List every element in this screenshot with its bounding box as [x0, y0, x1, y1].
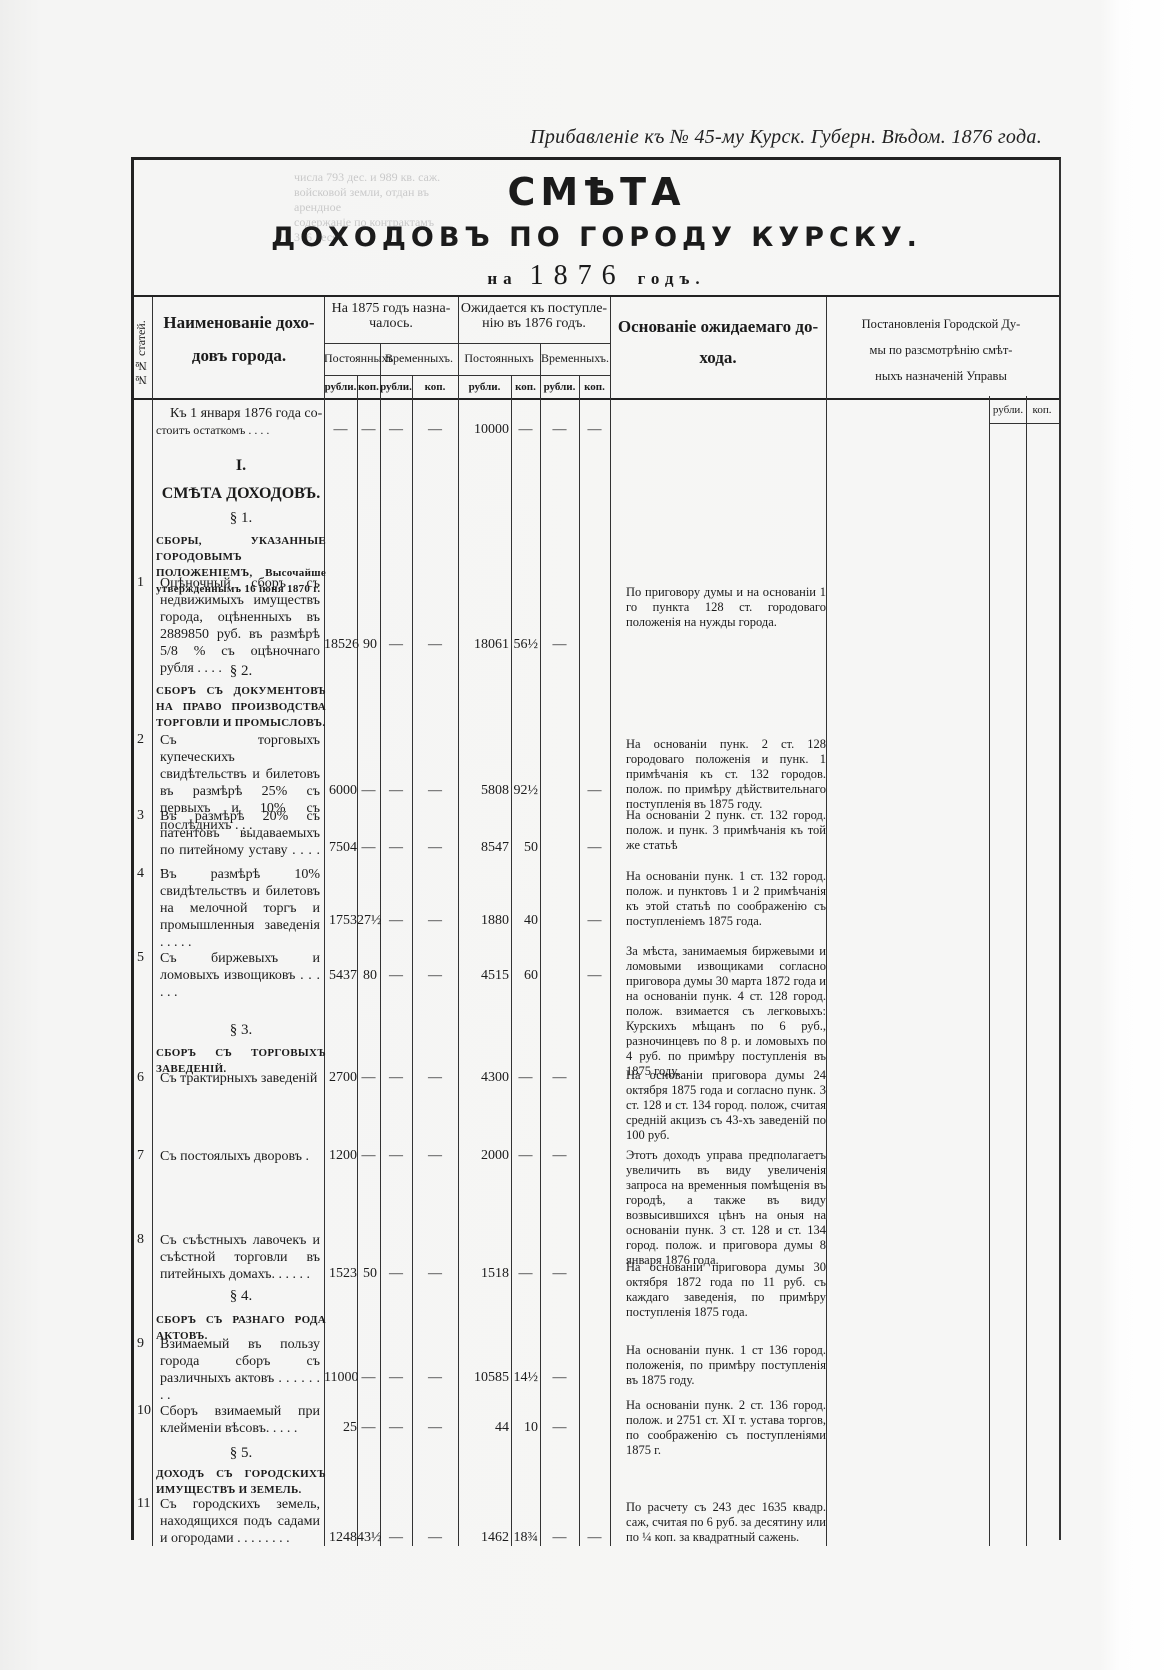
balance-t1876-kop: — — [579, 422, 610, 438]
row-basis: На основаніи приговора думы 30 октября 1… — [626, 1260, 826, 1320]
duma-rub-header: рубли. — [990, 403, 1026, 418]
row-name: Съ постоялыхъ дворовъ . — [160, 1148, 320, 1165]
document-year-line: на 1876 годъ. — [134, 260, 1059, 292]
row-p1876-rub: 4515 — [458, 968, 509, 984]
duma-kop-header: коп. — [1027, 403, 1057, 418]
duma-header-line2: мы по разсмотрѣнію смѣт- — [828, 337, 1054, 363]
row-p1876-kop: 40 — [511, 913, 538, 929]
row-number: 2 — [137, 732, 144, 748]
row-t1876-kop: — — [579, 783, 610, 799]
row-t1876-kop: — — [579, 968, 610, 984]
balance-line2: стоитъ остаткомъ . . . . — [156, 422, 324, 439]
expected-1876-line1: Ожидается къ поступле- — [460, 301, 608, 316]
row-t1876-rub: — — [540, 1370, 579, 1386]
row-t1876-rub: — — [540, 637, 579, 653]
row-basis: За мѣста, занимаемыя биржевыми и ломовым… — [626, 944, 826, 1079]
row-p1876-rub: 4300 — [458, 1070, 509, 1086]
permanent-1876-header: Постоянныхъ — [458, 351, 540, 366]
table-header: №№ статей. Наименованіе дохо- довъ город… — [134, 295, 1059, 400]
rub-header: рубли. — [380, 380, 412, 395]
row-p1876-rub: 5808 — [458, 783, 509, 799]
row-number: 10 — [137, 1403, 151, 1419]
name-header-line2: довъ города. — [156, 348, 322, 363]
row-number: 4 — [137, 866, 144, 882]
row-p1875-rub: 11000 — [324, 1370, 357, 1386]
row-t1875-kop: — — [412, 1420, 458, 1436]
name-header-line1: Наименованіе дохо- — [156, 315, 322, 330]
row-t1875-rub: — — [380, 968, 412, 984]
section-1-para: § 1. — [156, 510, 326, 527]
year-suffix: годъ. — [638, 269, 706, 288]
row-basis: На основаніи пунк. 1 ст. 132 город. поло… — [626, 869, 826, 929]
row-number: 9 — [137, 1336, 144, 1352]
row-basis: По приговору думы и на основаніи 1 го пу… — [626, 585, 826, 630]
section-2-para: § 2. — [156, 663, 326, 680]
part-roman: I. — [156, 457, 326, 475]
row-p1875-kop: 90 — [357, 637, 377, 653]
row-t1875-kop: — — [412, 1070, 458, 1086]
row-number: 11 — [137, 1496, 150, 1512]
row-p1875-rub: 1753 — [324, 913, 357, 929]
row-number: 7 — [137, 1148, 144, 1164]
row-t1875-rub: — — [380, 1148, 412, 1164]
balance-p1875-kop: — — [357, 422, 380, 438]
row-t1875-kop: — — [412, 1148, 458, 1164]
row-number: 6 — [137, 1070, 144, 1086]
row-t1875-kop: — — [412, 968, 458, 984]
duma-header-line3: ныхъ назначеній Управы — [828, 363, 1054, 389]
row-t1876-rub: — — [540, 1148, 579, 1164]
row-p1875-kop: 27½ — [357, 913, 380, 929]
assigned-1875-line1: На 1875 годъ назна- — [326, 301, 456, 316]
row-p1876-rub: 2000 — [458, 1148, 509, 1164]
row-p1876-rub: 10585 — [458, 1370, 509, 1386]
row-t1875-rub: — — [380, 1266, 412, 1282]
row-name: Съ трактирныхъ заведеній — [160, 1070, 320, 1087]
row-t1875-rub: — — [380, 1420, 412, 1436]
article-number-header: №№ статей. — [134, 319, 154, 389]
assigned-1875-header: На 1875 годъ назна- чалось. — [326, 301, 456, 331]
row-t1875-kop: — — [412, 637, 458, 653]
row-name: Сборъ взимаемый при клейменіи вѣсовъ. . … — [160, 1403, 320, 1437]
name-column-header: Наименованіе дохо- довъ города. — [156, 315, 322, 363]
basis-header-line1: Основаніе ожидаемаго до- — [612, 319, 824, 334]
row-basis: По расчету съ 243 дес 1635 квадр. саж, с… — [626, 1500, 826, 1545]
row-t1876-rub: — — [540, 1266, 579, 1282]
row-p1876-kop: 14½ — [511, 1370, 538, 1386]
row-number: 1 — [137, 575, 144, 591]
balance-t1876-rub: — — [540, 422, 579, 438]
row-t1875-kop: — — [412, 1530, 458, 1546]
row-p1876-kop: 60 — [511, 968, 538, 984]
section-5-title: ДОХОДЪ СЪ ГОРОДСКИХЪ ИМУЩЕСТВЪ И ЗЕМЕЛЬ. — [156, 1466, 326, 1498]
row-t1875-rub: — — [380, 637, 412, 653]
row-basis: На основаніи пунк. 1 ст 136 город. полож… — [626, 1343, 826, 1388]
row-p1875-rub: 7504 — [324, 840, 357, 856]
row-p1875-rub: 25 — [324, 1420, 357, 1436]
row-p1875-kop: — — [357, 1420, 380, 1436]
row-p1876-rub: 1880 — [458, 913, 509, 929]
part-title: СМѢТА ДОХОДОВЪ. — [156, 485, 326, 503]
row-t1875-rub: — — [380, 1070, 412, 1086]
row-t1875-rub: — — [380, 783, 412, 799]
rub-header: рубли. — [458, 380, 511, 395]
row-t1875-rub: — — [380, 913, 412, 929]
balance-p1876-rub: 10000 — [458, 422, 509, 438]
section-5-para: § 5. — [156, 1445, 326, 1462]
row-p1875-kop: — — [357, 1070, 380, 1086]
row-p1875-kop: 43½ — [357, 1530, 380, 1546]
duma-decisions-header: Постановленія Городской Ду- мы по разсмо… — [828, 311, 1054, 389]
row-basis: На основаніи 2 пунк. ст. 132 город. поло… — [626, 808, 826, 853]
row-name: Взимаемый въ пользу города сборъ съ разл… — [160, 1336, 320, 1404]
row-t1876-rub: — — [540, 1070, 579, 1086]
row-number: 3 — [137, 808, 144, 824]
row-p1875-rub: 6000 — [324, 783, 357, 799]
section-3-para: § 3. — [156, 1022, 326, 1039]
kop-header: коп. — [412, 380, 458, 395]
revenue-estimate-table-frame: числа 793 дес. и 989 кв. саж.войсковой з… — [131, 157, 1061, 1540]
row-name: Съ съѣстныхъ лавочекъ и съѣстной торговл… — [160, 1232, 320, 1283]
row-p1875-kop: 50 — [357, 1266, 377, 1282]
balance-t1875-rub: — — [380, 422, 412, 438]
row-p1876-rub: 8547 — [458, 840, 509, 856]
row-p1876-rub: 18061 — [458, 637, 509, 653]
row-p1876-kop: — — [511, 1070, 540, 1086]
row-p1875-rub: 2700 — [324, 1070, 357, 1086]
row-basis: Этотъ доходъ управа предполагаетъ увелич… — [626, 1148, 826, 1268]
row-t1875-kop: — — [412, 783, 458, 799]
assigned-1875-line2: чалось. — [326, 316, 456, 331]
year: 1876 — [530, 260, 626, 291]
row-basis: На основаніи пунк. 2 ст. 136 город. поло… — [626, 1398, 826, 1458]
document-title: СМѢТА — [134, 170, 1059, 214]
row-p1875-rub: 5437 — [324, 968, 357, 984]
row-p1875-rub: 18526 — [324, 637, 357, 653]
row-p1876-kop: 92½ — [511, 783, 538, 799]
row-p1875-kop: — — [357, 840, 380, 856]
kop-header: коп. — [579, 380, 610, 395]
temporary-1876-header: Временныхъ. — [540, 351, 610, 366]
row-t1875-rub: — — [380, 1370, 412, 1386]
balance-p1876-kop: — — [511, 422, 540, 438]
balance-row-label: Къ 1 января 1876 года со- стоитъ остатко… — [156, 405, 324, 439]
row-t1876-rub: — — [540, 1530, 579, 1546]
row-p1876-kop: 18¾ — [511, 1530, 538, 1546]
basis-header-line2: хода. — [612, 350, 824, 365]
row-basis: На основаніи приговора думы 24 октября 1… — [626, 1068, 826, 1143]
row-t1875-kop: — — [412, 1370, 458, 1386]
row-p1875-rub: 1248 — [324, 1530, 357, 1546]
row-t1875-kop: — — [412, 840, 458, 856]
rub-header: рубли. — [540, 380, 579, 395]
row-p1876-rub: 1518 — [458, 1266, 509, 1282]
row-p1875-rub: 1523 — [324, 1266, 357, 1282]
row-t1876-kop: — — [579, 913, 610, 929]
row-p1876-kop: — — [511, 1148, 540, 1164]
kop-header: коп. — [357, 380, 380, 395]
duma-header-line1: Постановленія Городской Ду- — [828, 311, 1054, 337]
document-subtitle: ДОХОДОВЪ ПО ГОРОДУ КУРСКУ. — [134, 222, 1059, 253]
basis-column-header: Основаніе ожидаемаго до- хода. — [612, 319, 824, 365]
row-p1876-kop: 56½ — [511, 637, 538, 653]
row-p1876-kop: — — [511, 1266, 540, 1282]
permanent-1875-header: Постоянныхъ — [324, 351, 380, 366]
row-t1875-rub: — — [380, 1530, 412, 1546]
row-t1875-kop: — — [412, 913, 458, 929]
rub-header: рубли. — [324, 380, 357, 395]
row-p1876-kop: 50 — [511, 840, 538, 856]
row-name: Оцѣночный сборъ съ недвижимыхъ имуществъ… — [160, 575, 320, 677]
row-p1876-rub: 1462 — [458, 1530, 509, 1546]
expected-1876-header: Ожидается къ поступле- нію въ 1876 годъ. — [460, 301, 608, 331]
row-p1875-rub: 1200 — [324, 1148, 357, 1164]
year-prefix: на — [487, 269, 517, 288]
row-t1876-kop: — — [579, 1530, 610, 1546]
row-number: 8 — [137, 1232, 144, 1248]
row-name: Съ биржевыхъ и ломовыхъ извощиковъ . . .… — [160, 950, 320, 1001]
row-p1875-kop: — — [357, 1370, 380, 1386]
row-name: Въ размѣрѣ 10% свидѣтельствъ и билетовъ … — [160, 866, 320, 951]
section-2-title: СБОРЪ СЪ ДОКУМЕНТОВЪ НА ПРАВО ПРОИЗВОДСТ… — [156, 683, 326, 731]
row-p1875-kop: — — [357, 1148, 380, 1164]
supplement-header: Прибавленіе къ № 45-му Курск. Губерн. Вѣ… — [530, 126, 1042, 149]
row-t1876-kop: — — [579, 840, 610, 856]
balance-t1875-kop: — — [412, 422, 458, 438]
temporary-1875-header: Временныхъ. — [380, 351, 458, 366]
row-name: Съ городскихъ земель, находящихся подъ с… — [160, 1496, 320, 1547]
section-4-para: § 4. — [156, 1288, 326, 1305]
row-p1876-kop: 10 — [511, 1420, 538, 1436]
row-number: 5 — [137, 950, 144, 966]
row-p1876-rub: 44 — [458, 1420, 509, 1436]
row-t1875-kop: — — [412, 1266, 458, 1282]
expected-1876-line2: нію въ 1876 годъ. — [460, 316, 608, 331]
row-p1875-kop: — — [357, 783, 380, 799]
kop-header: коп. — [511, 380, 540, 395]
scanned-page: Прибавленіе къ № 45-му Курск. Губерн. Вѣ… — [0, 0, 1172, 1670]
balance-p1875-rub: — — [324, 422, 357, 438]
balance-line1: Къ 1 января 1876 года со- — [156, 405, 324, 422]
row-t1876-rub: — — [540, 1420, 579, 1436]
row-basis: На основаніи пунк. 2 ст. 128 городоваго … — [626, 737, 826, 812]
row-p1875-kop: 80 — [357, 968, 377, 984]
row-t1875-rub: — — [380, 840, 412, 856]
